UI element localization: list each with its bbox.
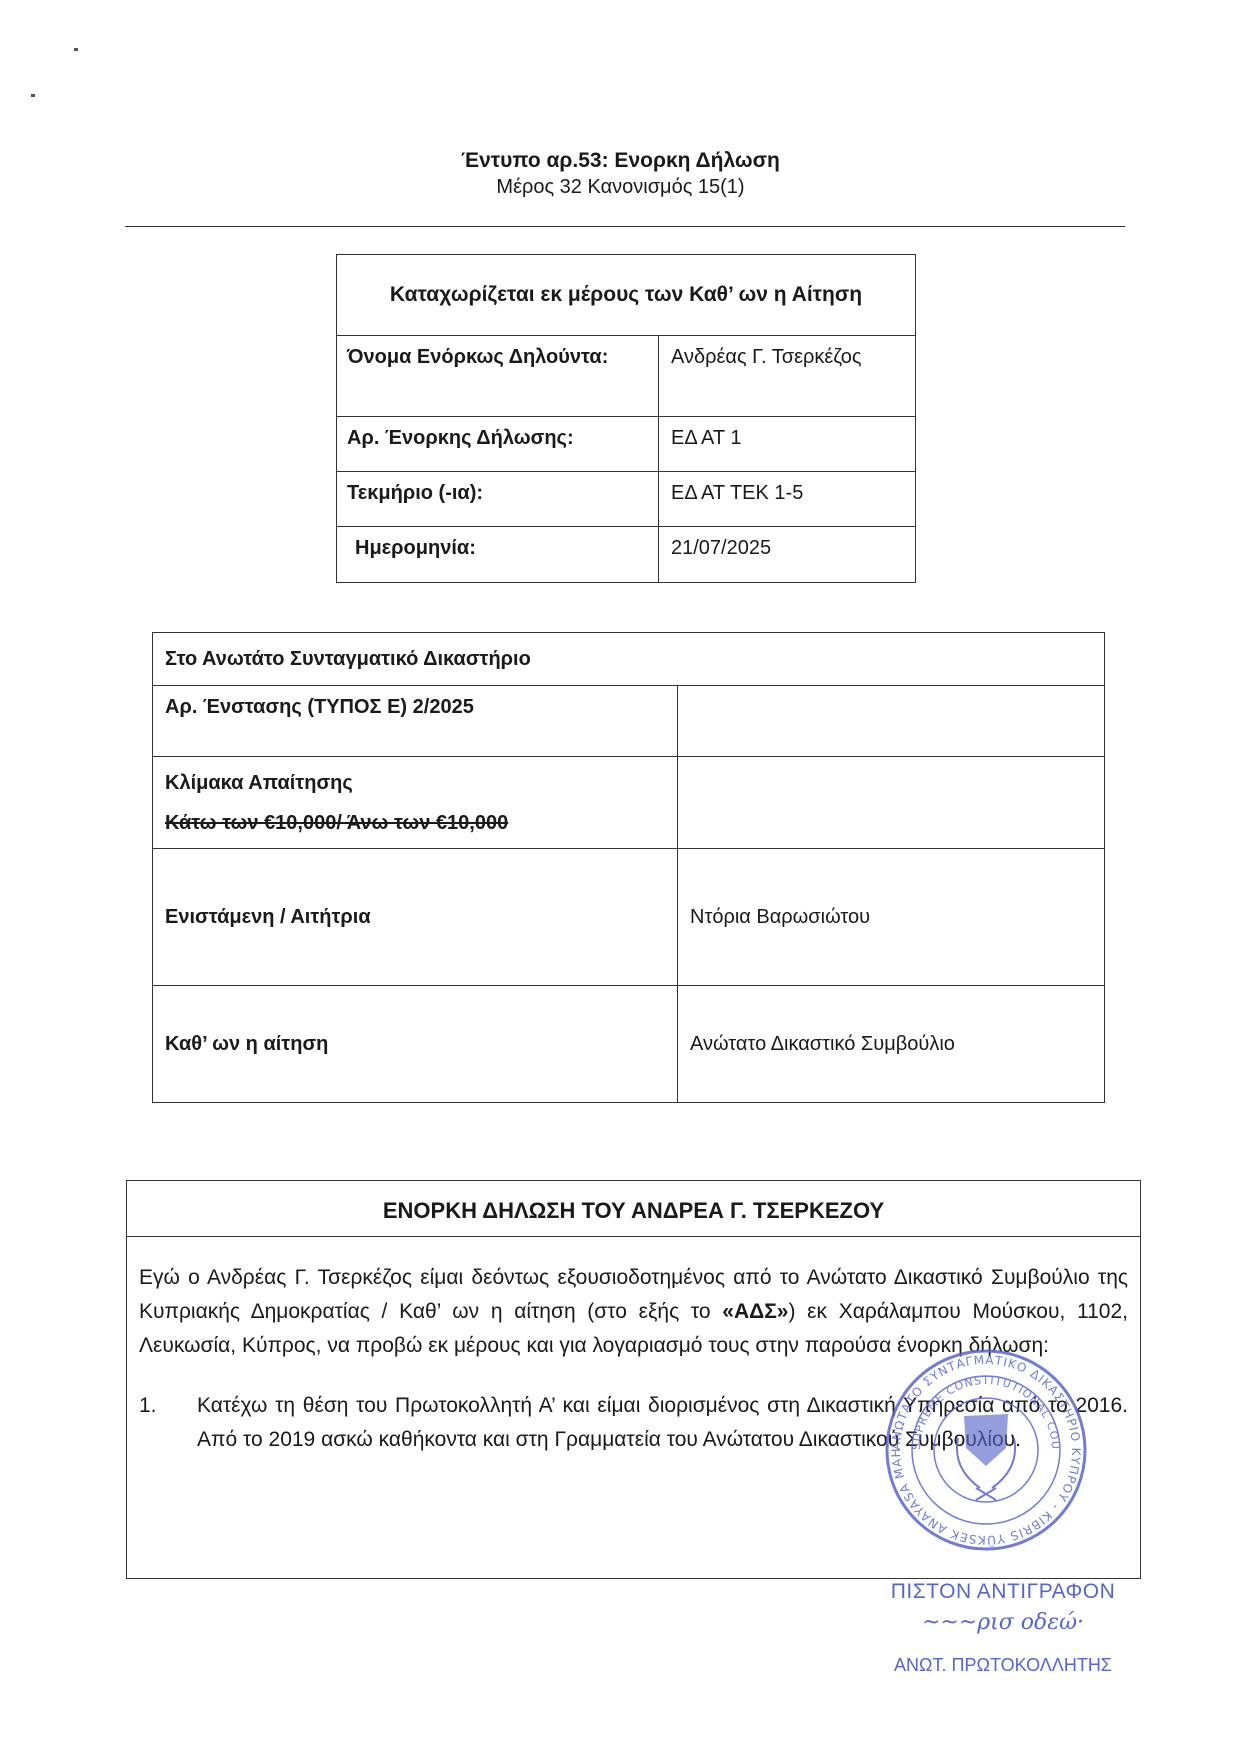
court-seal-icon: ΑΝΩΤΑΤΟ ΣΥΝΤΑΓΜΑΤΙΚΟ ΔΙΚΑΣΤΗΡΙΟ ΚΥΠΡΟΥ -…	[884, 1348, 1088, 1552]
filing-table-heading: Καταχωρίζεται εκ μέρους των Καθ’ ων η Αί…	[337, 255, 916, 336]
acronym-ads: «ΑΔΣ»	[722, 1300, 788, 1323]
table-row: Ενιστάμενη / Αιτήτρια Ντόρια Βαρωσιώτου	[153, 849, 1105, 986]
claim-scale-options-struck: Κάτω των €10,000/ Άνω των €10,000	[165, 803, 665, 843]
filing-table: Καταχωρίζεται εκ μέρους των Καθ’ ων η Αί…	[336, 254, 916, 583]
form-subtitle: Μέρος 32 Κανονισμός 15(1)	[0, 174, 1241, 200]
scan-speck	[31, 94, 35, 97]
scan-speck	[74, 48, 78, 51]
table-row: Όνομα Ενόρκως Δηλούντα: Ανδρέας Γ. Τσερκ…	[337, 336, 916, 417]
table-row: Κλίμακα Απαίτησης Κάτω των €10,000/ Άνω …	[153, 757, 1105, 849]
claim-scale-cell: Κλίμακα Απαίτησης Κάτω των €10,000/ Άνω …	[153, 757, 678, 849]
respondent-value: Ανώτατο Δικαστικό Συμβούλιο	[678, 986, 1105, 1103]
table-row: Τεκμήριο (-ια): ΕΔ ΑΤ ΤΕΚ 1-5	[337, 472, 916, 527]
affidavit-heading: ΕΝΟΡΚΗ ΔΗΛΩΣΗ ΤΟΥ ΑΝΔΡΕΑ Γ. ΤΣΕΡΚΕΖΟΥ	[127, 1181, 1140, 1237]
certified-copy-label: ΠΙΣΤΟΝ ΑΝΤΙΓΡΑΦΟΝ	[878, 1580, 1128, 1604]
table-row: Καθ’ ων η αίτηση Ανώτατο Δικαστικό Συμβο…	[153, 986, 1105, 1103]
table-row: Ημερομηνία: 21/07/2025	[337, 527, 916, 583]
affidavit-number-value: ΕΔ ΑΤ 1	[659, 417, 916, 472]
table-row: Αρ. Ένορκης Δήλωσης: ΕΔ ΑΤ 1	[337, 417, 916, 472]
signature: ~~~ρισ οδεώ·	[878, 1610, 1128, 1635]
case-number: Αρ. Ένστασης (ΤΥΠΟΣ Ε) 2/2025	[153, 686, 678, 757]
header-divider	[125, 226, 1125, 227]
date-value: 21/07/2025	[659, 527, 916, 583]
deponent-name-value: Ανδρέας Γ. Τσερκέζος	[659, 336, 916, 417]
registrar-title: ΑΝΩΤ. ΠΡΩΤΟΚΟΛΛΗΤΗΣ	[878, 1655, 1128, 1676]
exhibits-value: ΕΔ ΑΤ ΤΕΚ 1-5	[659, 472, 916, 527]
claim-scale-label: Κλίμακα Απαίτησης	[165, 763, 665, 803]
claim-scale-value	[678, 757, 1105, 849]
deponent-name-label: Όνομα Ενόρκως Δηλούντα:	[337, 336, 659, 417]
affidavit-number-label: Αρ. Ένορκης Δήλωσης:	[337, 417, 659, 472]
exhibits-label: Τεκμήριο (-ια):	[337, 472, 659, 527]
case-number-value	[678, 686, 1105, 757]
respondent-label: Καθ’ ων η αίτηση	[153, 986, 678, 1103]
table-row: Αρ. Ένστασης (ΤΥΠΟΣ Ε) 2/2025	[153, 686, 1105, 757]
court-name: Στο Ανωτάτο Συνταγματικό Δικαστήριο	[153, 633, 1105, 686]
date-label: Ημερομηνία:	[337, 527, 659, 583]
case-table: Στο Ανωτάτο Συνταγματικό Δικαστήριο Αρ. …	[152, 632, 1105, 1103]
form-header: Έντυπο αρ.53: Ενορκη Δήλωση Μέρος 32 Καν…	[0, 148, 1241, 200]
item-number: 1.	[139, 1389, 197, 1457]
objector-label: Ενιστάμενη / Αιτήτρια	[153, 849, 678, 986]
objector-value: Ντόρια Βαρωσιώτου	[678, 849, 1105, 986]
form-title: Έντυπο αρ.53: Ενορκη Δήλωση	[0, 148, 1241, 174]
